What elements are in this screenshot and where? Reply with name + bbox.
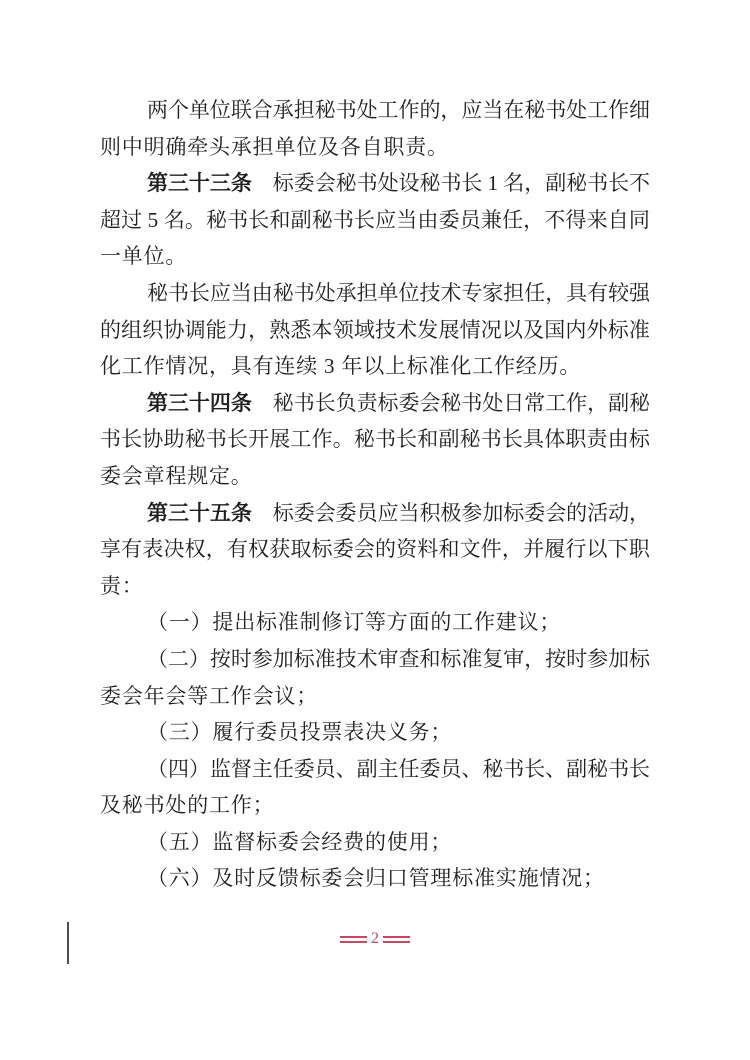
line-text: 委会年会等工作会议； <box>100 684 318 708</box>
text-segment: 委会章程规定。 <box>100 464 253 488</box>
document-line: 责： <box>100 568 650 605</box>
line-text: （六）及时反馈标委会归口管理标准实施情况； <box>147 866 605 890</box>
document-line: 委会章程规定。 <box>100 458 650 495</box>
document-line: 享有表决权，有权获取标委会的资料和文件，并履行以下职 <box>100 531 650 568</box>
document-line: 超过 5 名。秘书长和副秘书长应当由委员兼任，不得来自同 <box>100 202 650 239</box>
document-line: 第三十五条 标委会委员应当积极参加标委会的活动， <box>100 495 650 532</box>
line-text: 责： <box>100 574 144 598</box>
text-segment: 责： <box>100 574 144 598</box>
line-text: 则中明确牵头承担单位及各自职责。 <box>100 135 449 159</box>
page-footer: 2 <box>0 930 750 948</box>
document-line: （五）监督标委会经费的使用； <box>100 824 650 861</box>
page-number: 2 <box>371 931 379 947</box>
text-segment: 标委会秘书处设秘书长 1 名，副秘书长不 <box>252 171 650 195</box>
line-text: 化工作情况，具有连续 3 年以上标准化工作经历。 <box>100 354 581 378</box>
line-text: 第三十三条 标委会秘书处设秘书长 1 名，副秘书长不 <box>147 171 650 195</box>
text-segment: 秘书长负责标委会秘书处日常工作，副秘 <box>252 391 650 415</box>
document-body: 两个单位联合承担秘书处工作的，应当在秘书处工作细则中明确牵头承担单位及各自职责。… <box>100 92 650 897</box>
document-line: 的组织协调能力，熟悉本领域技术发展情况以及国内外标准 <box>100 312 650 349</box>
text-segment: 秘书长应当由秘书处承担单位技术专家担任，具有较强 <box>147 281 650 305</box>
text-segment: 及秘书处的工作； <box>100 793 274 817</box>
text-segment: 化工作情况，具有连续 3 年以上标准化工作经历。 <box>100 354 581 378</box>
footer-rule-left <box>340 936 367 943</box>
article-number: 第三十五条 <box>147 502 252 525</box>
text-segment: （一）提出标准制修订等方面的工作建议； <box>147 610 561 634</box>
text-segment: 的组织协调能力，熟悉本领域技术发展情况以及国内外标准 <box>100 318 650 342</box>
line-text: 第三十四条 秘书长负责标委会秘书处日常工作，副秘 <box>147 391 650 415</box>
text-segment: （二）按时参加标准技术审查和标准复审，按时参加标 <box>147 647 650 671</box>
document-line: 秘书长应当由秘书处承担单位技术专家担任，具有较强 <box>100 275 650 312</box>
line-text: 的组织协调能力，熟悉本领域技术发展情况以及国内外标准 <box>100 318 650 342</box>
text-segment: （三）履行委员投票表决义务； <box>147 720 452 744</box>
line-text: 超过 5 名。秘书长和副秘书长应当由委员兼任，不得来自同 <box>100 208 650 232</box>
text-segment: （四）监督主任委员、副主任委员、秘书长、副秘书长 <box>147 757 650 781</box>
footer-rule-right <box>383 936 410 943</box>
line-text: （五）监督标委会经费的使用； <box>147 830 452 854</box>
text-segment: 超过 5 名。秘书长和副秘书长应当由委员兼任，不得来自同 <box>100 208 650 232</box>
document-line: （三）履行委员投票表决义务； <box>100 714 650 751</box>
document-line: （二）按时参加标准技术审查和标准复审，按时参加标 <box>100 641 650 678</box>
text-segment: 一单位。 <box>100 244 187 268</box>
document-line: 第三十四条 秘书长负责标委会秘书处日常工作，副秘 <box>100 385 650 422</box>
document-line: （一）提出标准制修订等方面的工作建议； <box>100 604 650 641</box>
line-text: （四）监督主任委员、副主任委员、秘书长、副秘书长 <box>147 757 650 781</box>
line-text: （一）提出标准制修订等方面的工作建议； <box>147 610 561 634</box>
line-text: 书长协助秘书长开展工作。秘书长和副秘书长具体职责由标 <box>100 427 650 451</box>
document-line: 一单位。 <box>100 238 650 275</box>
line-text: 第三十五条 标委会委员应当积极参加标委会的活动， <box>147 501 650 525</box>
document-page: 两个单位联合承担秘书处工作的，应当在秘书处工作细则中明确牵头承担单位及各自职责。… <box>0 0 750 1060</box>
text-segment: 则中明确牵头承担单位及各自职责。 <box>100 135 449 159</box>
document-line: 及秘书处的工作； <box>100 787 650 824</box>
text-segment: 书长协助秘书长开展工作。秘书长和副秘书长具体职责由标 <box>100 427 650 451</box>
document-line: （四）监督主任委员、副主任委员、秘书长、副秘书长 <box>100 751 650 788</box>
article-number: 第三十四条 <box>147 392 252 415</box>
line-text: 两个单位联合承担秘书处工作的，应当在秘书处工作细 <box>147 98 650 122</box>
line-text: 委会章程规定。 <box>100 464 253 488</box>
text-segment: 两个单位联合承担秘书处工作的，应当在秘书处工作细 <box>147 98 650 122</box>
document-line: 化工作情况，具有连续 3 年以上标准化工作经历。 <box>100 348 650 385</box>
line-text: 秘书长应当由秘书处承担单位技术专家担任，具有较强 <box>147 281 650 305</box>
line-text: 及秘书处的工作； <box>100 793 274 817</box>
line-text: 一单位。 <box>100 244 187 268</box>
text-segment: 享有表决权，有权获取标委会的资料和文件，并履行以下职 <box>100 537 650 561</box>
text-segment: （六）及时反馈标委会归口管理标准实施情况； <box>147 866 605 890</box>
text-segment: 标委会委员应当积极参加标委会的活动， <box>252 501 650 525</box>
document-line: 书长协助秘书长开展工作。秘书长和副秘书长具体职责由标 <box>100 421 650 458</box>
document-line: 第三十三条 标委会秘书处设秘书长 1 名，副秘书长不 <box>100 165 650 202</box>
line-text: 享有表决权，有权获取标委会的资料和文件，并履行以下职 <box>100 537 650 561</box>
article-number: 第三十三条 <box>147 172 252 195</box>
document-line: （六）及时反馈标委会归口管理标准实施情况； <box>100 860 650 897</box>
document-line: 则中明确牵头承担单位及各自职责。 <box>100 129 650 166</box>
line-text: （二）按时参加标准技术审查和标准复审，按时参加标 <box>147 647 650 671</box>
line-text: （三）履行委员投票表决义务； <box>147 720 452 744</box>
text-segment: 委会年会等工作会议； <box>100 684 318 708</box>
document-line: 两个单位联合承担秘书处工作的，应当在秘书处工作细 <box>100 92 650 129</box>
text-segment: （五）监督标委会经费的使用； <box>147 830 452 854</box>
document-line: 委会年会等工作会议； <box>100 678 650 715</box>
